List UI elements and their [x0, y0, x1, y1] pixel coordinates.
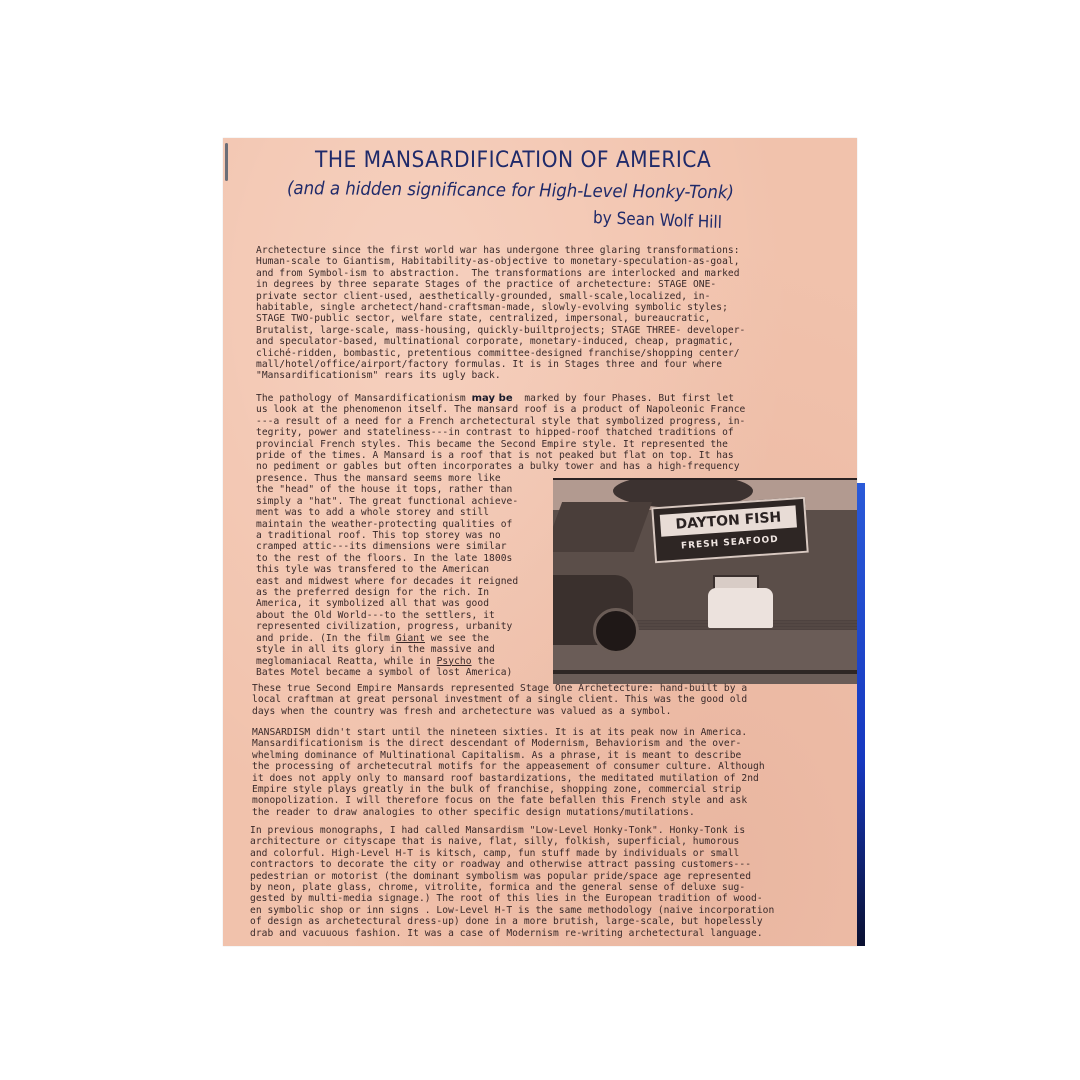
- film-title-psycho: Psycho: [437, 656, 472, 667]
- author-byline: by Sean Wolf Hill: [593, 208, 723, 233]
- paragraph-text: marked by four Phases. But first let us …: [256, 393, 745, 472]
- paragraph-stages: Archetecture since the first world war h…: [256, 245, 745, 382]
- photo-car: [708, 588, 773, 628]
- paragraph-text: The pathology of Mansardificationism: [256, 393, 472, 404]
- photo-curb: [553, 670, 857, 674]
- photo-wheel: [593, 608, 639, 654]
- paragraph-column: presence. Thus the mansard seems more li…: [256, 473, 518, 678]
- paragraph-mansardism: MANSARDISM didn't start until the ninete…: [252, 727, 765, 818]
- page-subtitle: (and a hidden significance for High-Leve…: [287, 178, 734, 203]
- paragraph-second-empire: These true Second Empire Mansards repres…: [252, 683, 747, 717]
- staple: [225, 143, 228, 181]
- photo-dayton-fish-co: DAYTON FISH CO. FRESH SEAFOOD: [553, 478, 857, 684]
- photo-sign: DAYTON FISH CO. FRESH SEAFOOD: [651, 497, 809, 564]
- film-title-giant: Giant: [396, 633, 425, 644]
- binder-edge: [857, 483, 865, 946]
- handwritten-insert: may be: [472, 393, 513, 404]
- paragraph-pathology: The pathology of Mansardificationism may…: [256, 393, 745, 473]
- page-title: THE MANSARDIFICATION OF AMERICA: [315, 148, 711, 173]
- paragraph-honky-tonk: In previous monographs, I had called Man…: [250, 825, 774, 939]
- document-page: THE MANSARDIFICATION OF AMERICA (and a h…: [223, 138, 857, 946]
- paragraph-text: presence. Thus the mansard seems more li…: [256, 473, 518, 644]
